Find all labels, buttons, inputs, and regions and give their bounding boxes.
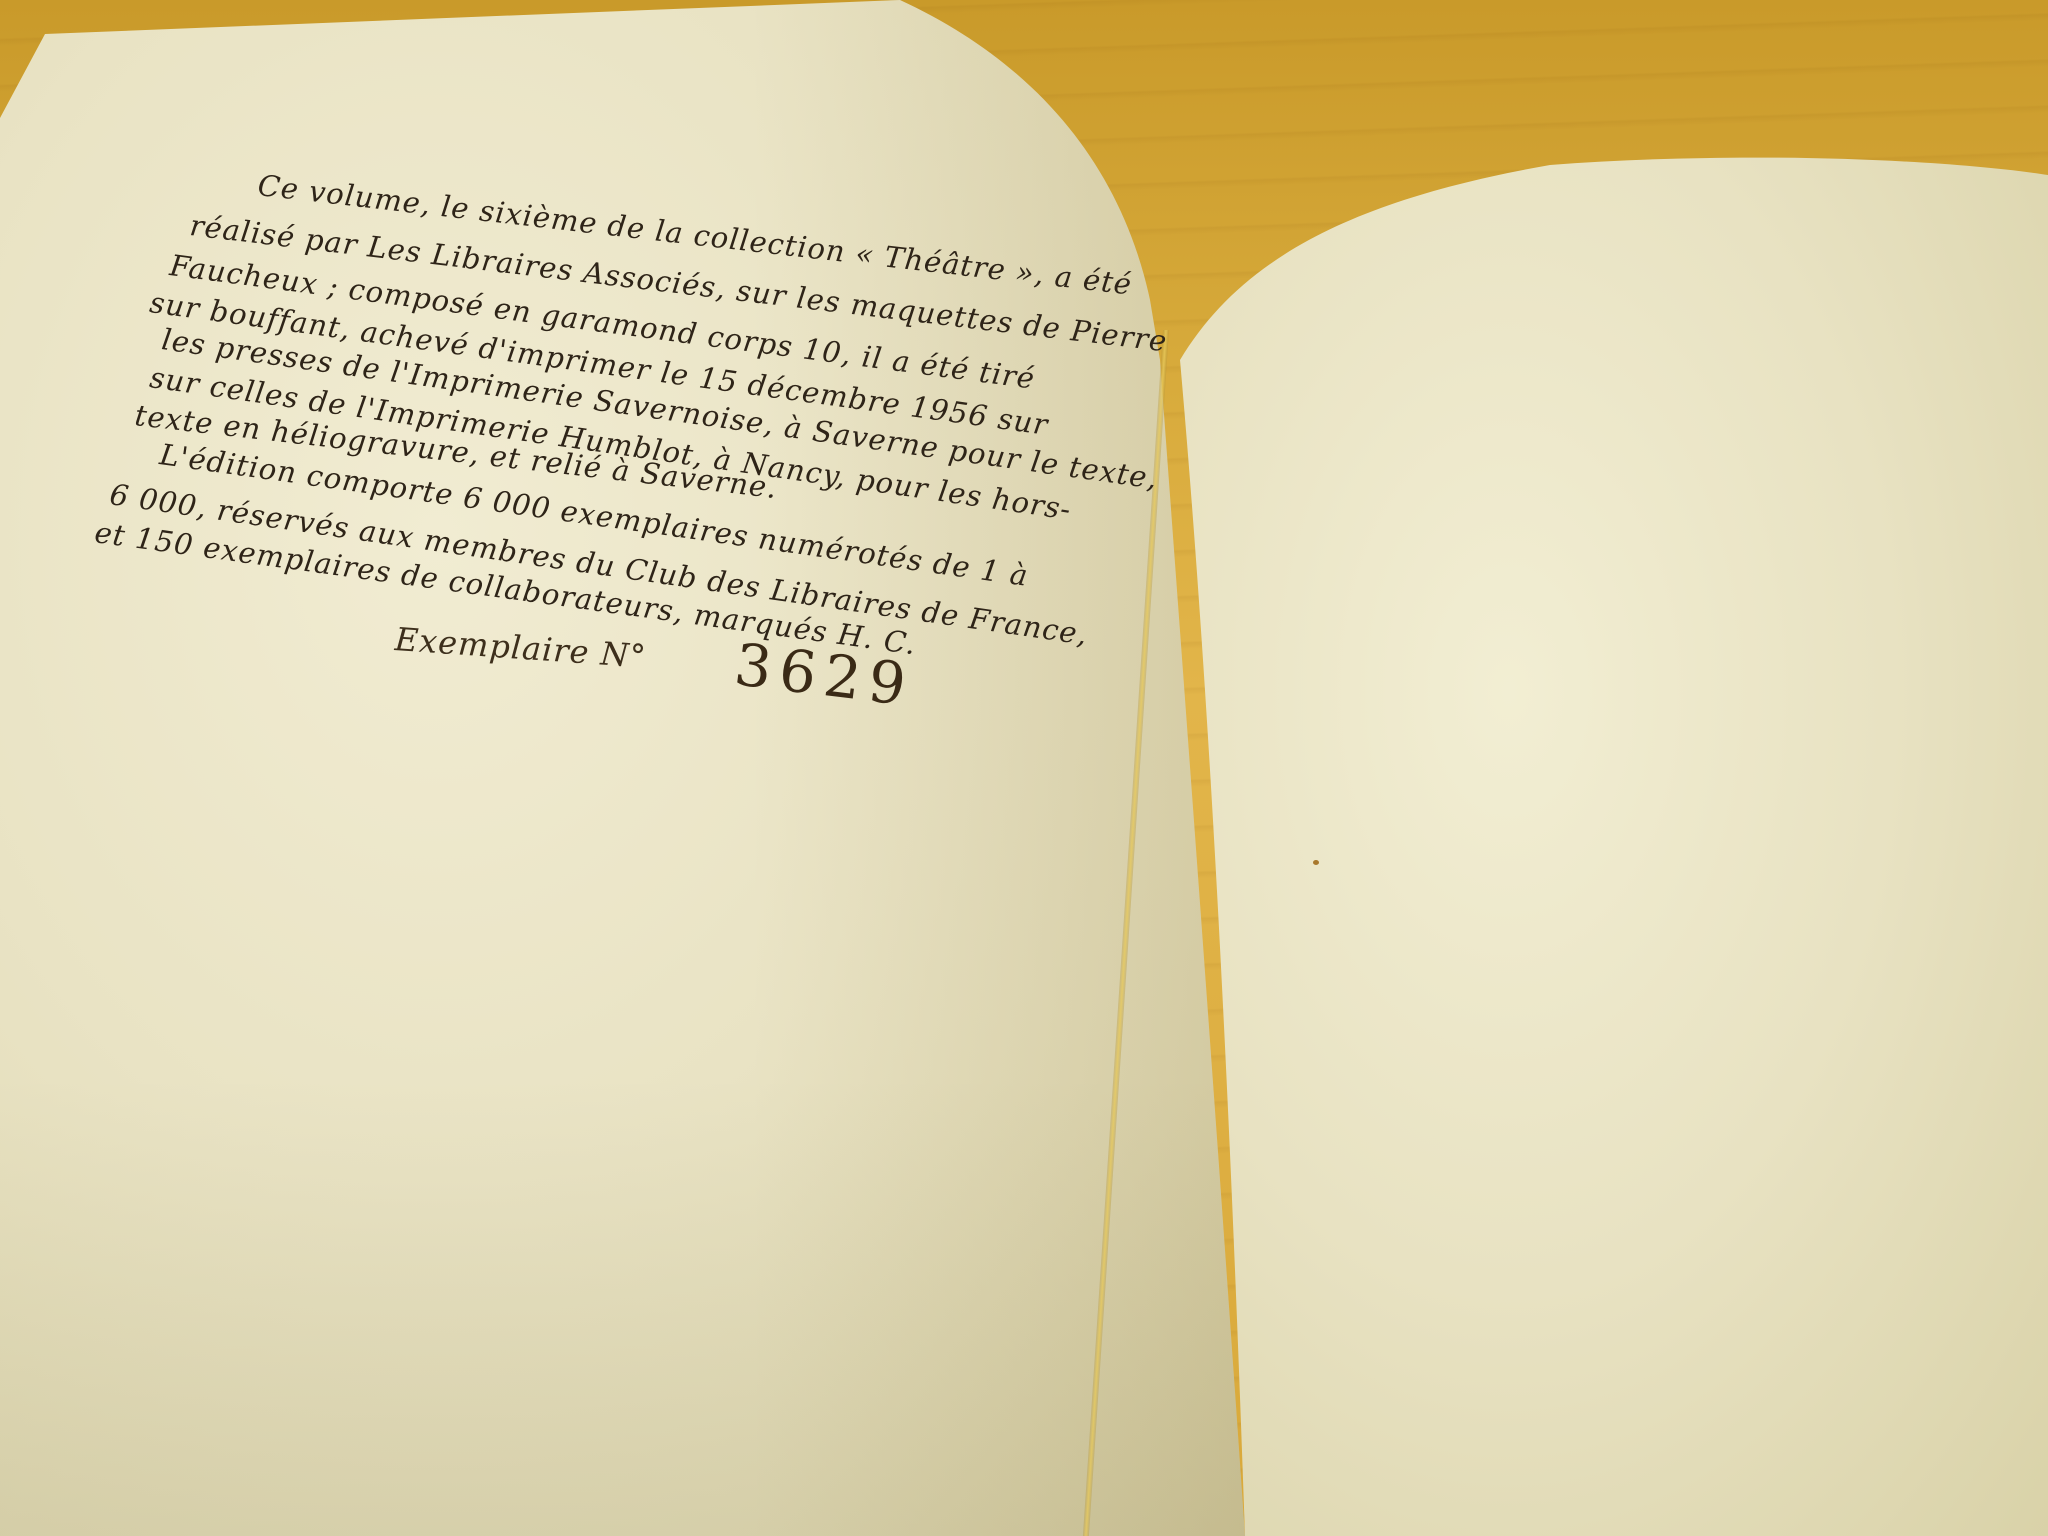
paper-speck (1313, 860, 1319, 865)
colophon-text: Ce volume, le sixième de la collection «… (0, 0, 1250, 900)
exemplaire-label: Exemplaire N° (394, 620, 648, 675)
